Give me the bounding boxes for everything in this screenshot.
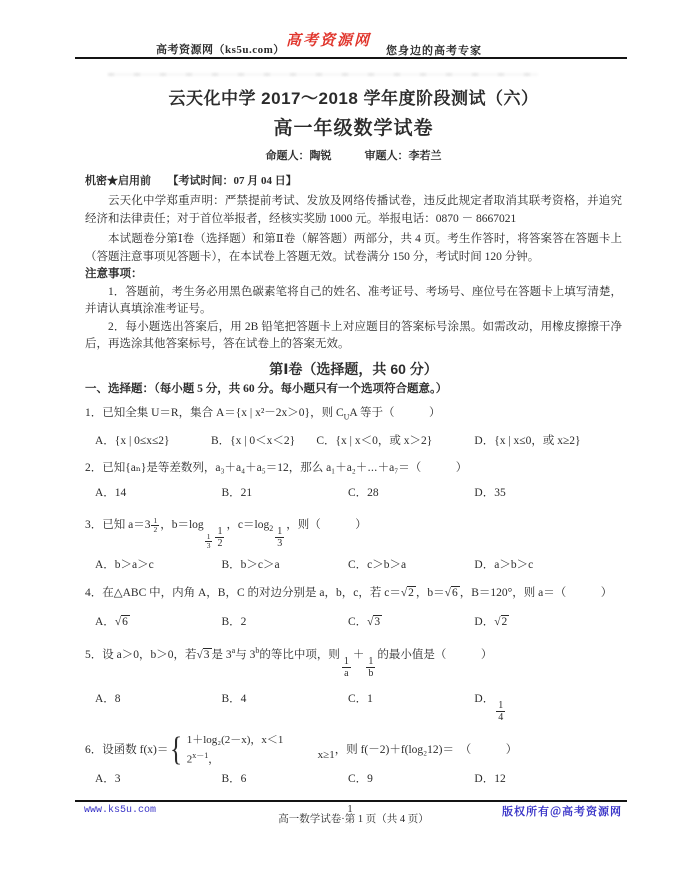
- q2-option-a: A．14: [95, 485, 221, 503]
- q4-option-c-label: C．: [348, 616, 367, 628]
- q5-plus-sign: ＋: [353, 649, 365, 661]
- question-3: 3．已知 a＝312，b＝log1312，c＝log213，则（ ）: [85, 512, 622, 550]
- section-1-instructions: 一、选择题：（每小题 5 分，共 60 分。每小题只有一个选项符合题意。）: [85, 381, 622, 399]
- exam-title: 云天化中学 2017～2018 学年度阶段测试（六）: [85, 88, 622, 110]
- q4-option-d-label: D．: [474, 616, 494, 628]
- q6-option-c: C．9: [348, 771, 474, 789]
- q5-stem-4: 的等比中项，则: [259, 649, 340, 661]
- q5-option-d-num: 1: [496, 700, 505, 711]
- question-3-options: A．b＞a＞c B．b＞c＞a C．c＞b＞a D．a＞b＞c: [85, 557, 622, 575]
- q5-f2-num: 1: [366, 656, 375, 667]
- q4-sqrt-6: √6: [445, 586, 460, 599]
- q3-exp-den: 2: [151, 525, 159, 534]
- q6-stem-end: ，则 f(－2)＋f(log₂12)＝ （ ）: [335, 744, 518, 756]
- q2-option-b: B．21: [221, 485, 347, 503]
- q1-stem: 1．已知全集 U＝R，集合 A＝{x | x²－2x＞0}，则 C: [85, 407, 344, 419]
- q5-stem-2: 是 3: [212, 649, 232, 661]
- exam-body: 云天化中学 2017～2018 学年度阶段测试（六） 高一年级数学试卷 命题人：…: [85, 80, 622, 828]
- q4-stem-end: ，B＝120°，则 a＝（ ）: [460, 587, 613, 599]
- q3-option-d: D．a＞b＞c: [474, 557, 600, 575]
- q3-arg2-num: 1: [275, 526, 284, 537]
- radical-sign: √: [196, 649, 202, 661]
- q3-stem-2: ，b＝log: [160, 519, 203, 531]
- q4-stem: 4．在△ABC 中，内角 A，B，C 的对边分别是 a，b，c，若 c＝: [85, 587, 401, 599]
- q5-f1-num: 1: [342, 656, 351, 667]
- q6-piece-2: 2x－1，: [187, 748, 220, 768]
- q3-exp-num: 1: [151, 517, 159, 525]
- q5-stem-3: 与 3: [235, 649, 255, 661]
- q3-option-c: C．c＞b＞a: [348, 557, 474, 575]
- q2-stem: 2．已知{aₙ}是等差数列，a₃＋a₄＋a₅＝12，那么 a₁＋a₂＋⋯＋a₇＝…: [85, 462, 467, 474]
- q6-option-a: A．3: [95, 771, 221, 789]
- q3-arg1-num: 1: [215, 526, 224, 537]
- question-4-options: A．√6 B．2 C．√3 D．√2: [85, 614, 622, 632]
- q6-option-d: D．12: [474, 771, 600, 789]
- q5-option-d: D．14: [474, 691, 600, 723]
- q5-fraction-1-over-b: 1b: [366, 656, 375, 679]
- scan-smudge-artifact: [108, 73, 538, 76]
- ks5u-logo: 高考资源网: [286, 29, 371, 50]
- q4-option-d: D．√2: [474, 614, 600, 632]
- q2-option-d: D．35: [474, 485, 600, 503]
- radical-sign: √: [445, 587, 451, 599]
- site-tagline: 您身边的高考专家: [386, 42, 482, 58]
- q4-option-a-radicand: 6: [121, 615, 130, 628]
- question-1: 1．已知全集 U＝R，集合 A＝{x | x²－2x＞0}，则 CUA 等于（ …: [85, 405, 622, 426]
- question-5-options: A．8 B．4 C．1 D．14: [85, 691, 622, 723]
- q1-option-a: A．{x | 0≤x≤2}: [95, 433, 211, 451]
- q5-option-d-label: D．: [474, 693, 494, 705]
- authors-line: 命题人：陶锐 审题人：李若兰: [85, 148, 622, 166]
- q5-stem: 5．设 a＞0，b＞0，若: [85, 649, 196, 661]
- q3-arg2-fraction: 13: [275, 526, 284, 549]
- q3-arg2-den: 3: [275, 537, 284, 549]
- radical-sign: √: [494, 616, 500, 628]
- q3-base1-den: 3: [205, 541, 213, 550]
- q1-option-b: B．{x | 0＜x＜2}: [211, 433, 316, 451]
- question-2-options: A．14 B．21 C．28 D．35: [85, 485, 622, 503]
- note-2: 2．每小题选出答案后，用 2B 铅笔把答题卡上对应题目的答案标号涂黑。如需改动，…: [85, 319, 622, 354]
- piecewise-brace: {: [170, 735, 182, 765]
- footer-rule: [75, 800, 627, 802]
- section-1-title: 第Ⅰ卷（选择题，共 60 分）: [85, 359, 622, 379]
- q6-piece-2-exponent: x－1: [192, 751, 208, 760]
- declaration-paragraph: 云天化中学郑重声明：严禁提前考试、发放及网络传播试卷，违反此规定者取消其联考资格…: [85, 193, 622, 228]
- q5-fraction-1-over-a: 1a: [342, 656, 351, 679]
- confidential-line: 机密★启用前 【考试时间：07 月 04 日】: [85, 173, 622, 191]
- q6-piecewise-function: {1＋log₂(2－x)，x＜12x－1，x≥1: [168, 733, 334, 768]
- q3-log-base-2: 2: [269, 524, 273, 533]
- q4-radicand-2: 6: [451, 586, 460, 599]
- q5-option-d-fraction: 14: [496, 700, 505, 723]
- q5-option-c: C．1: [348, 691, 474, 723]
- q4-sqrt-2: √2: [401, 586, 416, 599]
- note-1: 1．答题前，考生务必用黑色碳素笔将自己的姓名、准考证号、考场号、座位号在答题卡上…: [85, 284, 622, 319]
- question-6-options: A．3 B．6 C．9 D．12: [85, 771, 622, 789]
- q6-piece-2-condition: x≥1: [318, 748, 335, 768]
- q3-log-base-fraction: 13: [204, 524, 214, 533]
- structure-paragraph: 本试题卷分第Ⅰ卷（选择题）和第Ⅱ卷（解答题）两部分，共 4 页。考生作答时，将答…: [85, 231, 622, 266]
- q5-radicand: 3: [203, 648, 212, 661]
- q6-option-b: B．6: [221, 771, 347, 789]
- notes-title: 注意事项：: [85, 266, 622, 284]
- q3-arg1-den: 2: [215, 537, 224, 549]
- q4-option-d-radicand: 2: [501, 615, 510, 628]
- q1-option-c: C．{x | x＜0，或 x＞2}: [316, 433, 474, 451]
- q4-option-d-sqrt: √2: [494, 615, 509, 628]
- q4-option-a-sqrt: √6: [115, 615, 130, 628]
- q4-stem-2: ，b＝: [416, 587, 445, 599]
- q3-base1-num: 1: [205, 533, 213, 541]
- q3-option-b: B．b＞c＞a: [221, 557, 347, 575]
- q4-option-c-sqrt: √3: [367, 615, 382, 628]
- q5-option-a: A．8: [95, 691, 221, 723]
- question-6: 6．设函数 f(x)＝{1＋log₂(2－x)，x＜12x－1，x≥1，则 f(…: [85, 733, 622, 768]
- question-5: 5．设 a＞0，b＞0，若√3是 3a与 3b的等比中项，则1a＋1b的最小值是…: [85, 642, 622, 679]
- q6-piece-1: 1＋log₂(2－x)，x＜1: [187, 733, 284, 748]
- q3-stem-end: ，则（ ）: [286, 519, 367, 531]
- q5-stem-end: 的最小值是（ ）: [377, 649, 492, 661]
- question-4: 4．在△ABC 中，内角 A，B，C 的对边分别是 a，b，c，若 c＝√2，b…: [85, 585, 622, 603]
- q1-stem-end: A 等于（ ）: [349, 407, 440, 419]
- site-name-text: 高考资源网（ks5u.com）: [156, 41, 285, 57]
- q3-arg1-fraction: 12: [215, 526, 224, 549]
- q5-sqrt-3: √3: [196, 648, 211, 661]
- q4-option-a: A．√6: [95, 614, 221, 632]
- q4-option-a-label: A．: [95, 616, 115, 628]
- q4-option-b: B．2: [221, 614, 347, 632]
- footer-copyright: 版权所有＠高考资源网: [502, 803, 622, 819]
- question-2: 2．已知{aₙ}是等差数列，a₃＋a₄＋a₅＝12，那么 a₁＋a₂＋⋯＋a₇＝…: [85, 460, 622, 478]
- scanned-exam-page: 高考资源网（ks5u.com） 高考资源网 您身边的高考专家 云天化中学 201…: [0, 0, 700, 877]
- q6-stem: 6．设函数 f(x)＝: [85, 744, 168, 756]
- exam-subtitle: 高一年级数学试卷: [85, 117, 622, 141]
- q5-option-d-den: 4: [496, 711, 505, 723]
- q4-option-c: C．√3: [348, 614, 474, 632]
- header-rule: [75, 57, 627, 59]
- q4-option-c-radicand: 3: [373, 615, 382, 628]
- question-1-options: A．{x | 0≤x≤2} B．{x | 0＜x＜2} C．{x | x＜0，或…: [85, 433, 622, 451]
- q3-option-a: A．b＞a＞c: [95, 557, 221, 575]
- q3-stem-3: ，c＝log: [226, 519, 269, 531]
- q5-f1-den: a: [342, 667, 351, 679]
- q5-option-b: B．4: [221, 691, 347, 723]
- q1-option-d: D．{x | x≤0，或 x≥2}: [474, 433, 622, 451]
- q4-radicand-1: 2: [407, 586, 416, 599]
- q2-option-c: C．28: [348, 485, 474, 503]
- q6-piece-2-comma: ，: [208, 753, 219, 765]
- q5-f2-den: b: [366, 667, 375, 679]
- q3-stem: 3．已知 a＝3: [85, 519, 150, 531]
- q3-exponent-fraction: 12: [150, 516, 160, 525]
